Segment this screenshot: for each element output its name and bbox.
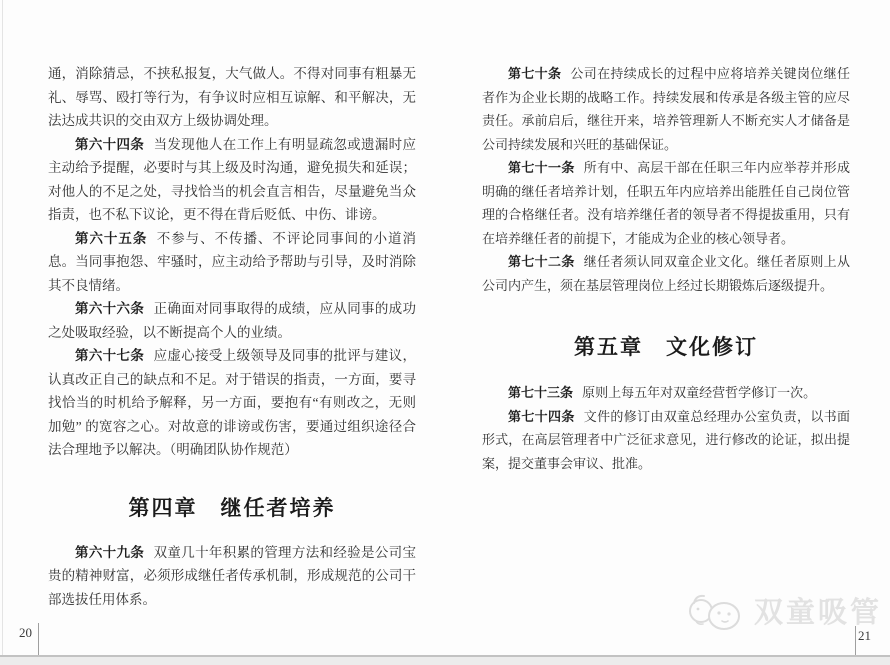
paragraph-continuation: 通，消除猜忌，不挟私报复，大气做人。不得对同事有粗暴无礼、辱骂、殴打等行为，有争…	[48, 62, 416, 133]
article-71: 第七十一条所有中、高层干部在任职三年内应举荐并形成明确的继任者培养计划，任职五年…	[482, 156, 850, 250]
page-number-left: 20	[19, 625, 32, 641]
paragraph-text: 通，消除猜忌，不挟私报复，大气做人。不得对同事有粗暴无礼、辱骂、殴打等行为，有争…	[48, 66, 416, 128]
article-72: 第七十二条继任者须认同双童企业文化。继任者原则上从公司内产生，须在基层管理岗位上…	[482, 250, 850, 297]
article-67: 第六十七条应虚心接受上级领导及同事的批评与建议，认真改正自己的缺点和不足。对于错…	[48, 344, 416, 462]
left-page: 通，消除猜忌，不挟私报复，大气做人。不得对同事有粗暴无礼、辱骂、殴打等行为，有争…	[48, 62, 416, 611]
article-74: 第七十四条文件的修订由双童总经理办公室负责，以书面形式，在高层管理者中广泛征求意…	[482, 405, 850, 476]
article-number: 第六十七条	[75, 348, 144, 363]
article-number: 第七十二条	[508, 254, 575, 269]
article-text: 原则上每五年对双童经营哲学修订一次。	[582, 385, 816, 400]
article-73: 第七十三条原则上每五年对双童经营哲学修订一次。	[482, 381, 850, 405]
watermark-logo-text: 双童吸管	[754, 593, 882, 633]
article-70: 第七十条公司在持续成长的过程中应将培养关键岗位继任者作为企业长期的战略工作。持续…	[482, 62, 850, 156]
article-66: 第六十六条正确面对同事取得的成绩，应从同事的成功之处吸取经验，以不断提高个人的业…	[48, 297, 416, 344]
article-number: 第七十一条	[508, 160, 575, 175]
article-number: 第七十四条	[508, 409, 575, 424]
page-number-right: 21	[858, 628, 871, 644]
article-number: 第七十三条	[508, 385, 573, 400]
article-number: 第七十条	[508, 66, 561, 81]
article-64: 第六十四条当发现他人在工作上有明显疏忽或遗漏时应主动给予提醒，必要时与其上级及时…	[48, 133, 416, 227]
two-children-logo-icon	[686, 591, 748, 635]
scan-edge-left	[2, 0, 3, 665]
article-number: 第六十九条	[75, 545, 144, 560]
chapter-heading-4: 第四章 继任者培养	[48, 493, 416, 523]
article-number: 第六十五条	[75, 231, 147, 246]
article-number: 第六十六条	[75, 301, 144, 316]
folio-rule-left	[38, 623, 39, 659]
publisher-watermark: 双童吸管	[686, 591, 882, 635]
scanned-book-spread: 通，消除猜忌，不挟私报复，大气做人。不得对同事有粗暴无礼、辱骂、殴打等行为，有争…	[0, 0, 890, 665]
scan-bottom-strip	[0, 657, 890, 665]
article-65: 第六十五条不参与、不传播、不评论同事间的小道消息。当同事抱怨、牢骚时，应主动给予…	[48, 227, 416, 298]
article-69: 第六十九条双童几十年积累的管理方法和经验是公司宝贵的精神财富，必须形成继任者传承…	[48, 541, 416, 612]
chapter-heading-5: 第五章 文化修订	[482, 332, 850, 362]
article-number: 第六十四条	[75, 137, 144, 152]
article-text: 应虚心接受上级领导及同事的批评与建议，认真改正自己的缺点和不足。对于错误的指责，…	[48, 348, 416, 457]
right-page: 第七十条公司在持续成长的过程中应将培养关键岗位继任者作为企业长期的战略工作。持续…	[482, 62, 850, 475]
